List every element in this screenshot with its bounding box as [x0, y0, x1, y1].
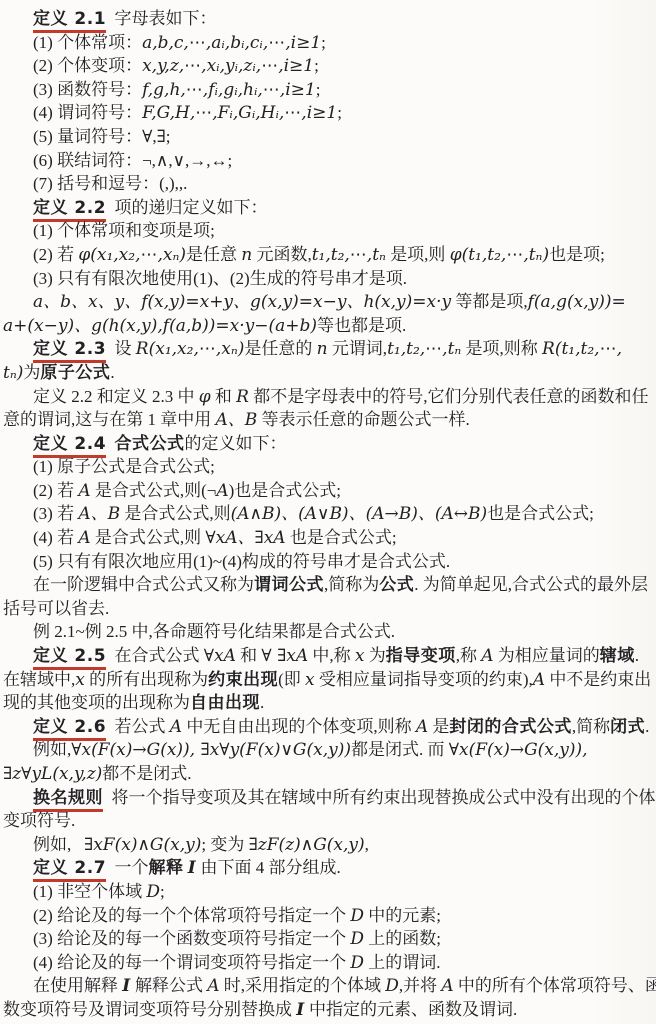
text-run: . — [635, 646, 639, 665]
definition-2-5-line-2: 在辖域中,x 的所有出现称为约束出现(即 x 受相应量词指导变项的约束),A 中… — [3, 668, 652, 692]
text-run: a+(x−y)、g(h(x,y),f(a,b))=x·y−(a+b) — [3, 316, 317, 336]
text-run: 是 — [428, 717, 449, 736]
alphabet-item-2: (2) 个体变项：x,y,z,⋯,xᵢ,yᵢ,zᵢ,⋯,i≥1; — [3, 54, 652, 78]
text-run: 上的函数; — [364, 929, 441, 948]
text-run: 为 — [365, 646, 386, 665]
text-run: 中的元素; — [364, 906, 441, 925]
text-run: . — [645, 717, 649, 736]
text-run: 元函数, — [252, 245, 312, 264]
text-run: ∀xA、∃xA — [205, 528, 285, 548]
closed-formula-example-line-2: ∃z∀yL(x,y,z)都不是闭式. — [3, 762, 652, 786]
text-run: 是合式公式,则 — [120, 504, 231, 523]
term-item-1: (1) 个体常项和变项是项; — [3, 219, 652, 243]
text-run: (2) 个体变项： — [33, 56, 142, 75]
interpretation-item-4: (4) 给论及的每一个谓词变项符号指定一个 D 上的谓词. — [3, 951, 652, 975]
text-run: ∃z∀yL(x,y,z) — [3, 764, 102, 784]
term-examples-line-1: a、b、x、y、f(x,y)=x+y、g(x,y)=x−y、h(x,y)=x·y… — [3, 290, 652, 314]
text-run: F,G,H,⋯,Fᵢ,Gᵢ,Hᵢ,⋯,i≥1 — [142, 103, 337, 123]
text-run: 在辖域中, — [3, 670, 75, 689]
text-run: ∀x(F(x)→G(x)), ∃x∀y(F(x)∨G(x,y)) — [71, 740, 351, 760]
text-run: A — [170, 717, 182, 737]
text-run: (4) 若 — [33, 528, 78, 547]
text-run: (2) 若 — [33, 245, 78, 264]
interpretation-item-3: (3) 给论及的每一个函数变项符号指定一个 D 上的函数; — [3, 927, 652, 951]
text-run: ,简称 — [572, 717, 610, 736]
wff-remark-line-2: 括号可以省去. — [3, 597, 652, 621]
definition-label: 定义 2.5 — [33, 646, 106, 670]
text-run: ∃zF(z)∧G(x,y) — [249, 835, 365, 855]
text-run: 数变项符号及谓词变项符号分别替换成 — [3, 1000, 296, 1019]
text-run: 变项符号. — [3, 811, 75, 830]
text-run: A — [441, 976, 453, 996]
definition-label: 定义 2.3 — [33, 339, 106, 363]
text-run: 是任意的 — [244, 339, 316, 358]
text-run: I — [188, 858, 196, 878]
remark-line-2: 意的谓词,这与在第 1 章中用 A、B 等表示任意的命题公式一样. — [3, 408, 652, 432]
text-run: 一个 — [106, 858, 149, 877]
text-run: , — [365, 835, 369, 854]
text-run: 受相应量词指导变项的约束), — [315, 670, 533, 689]
text-run: (1) 原子公式是合式公式; — [33, 457, 215, 476]
text-run: x,y,z,⋯,xᵢ,yᵢ,zᵢ,⋯,i≥1 — [142, 56, 314, 76]
text-run: A、B — [78, 504, 120, 524]
text-run: 中,称 — [308, 646, 355, 665]
renaming-rule-line-2: 变项符号. — [3, 809, 652, 833]
definition-2-1-heading: 定义 2.1 字母表如下： — [3, 7, 652, 31]
text-run: A — [216, 481, 228, 501]
text-run: ∃xF(x)∧G(x,y) — [84, 835, 201, 855]
wff-item-3: (3) 若 A、B 是合式公式,则(A∧B)、(A∨B)、(A→B)、(A↔B)… — [3, 502, 652, 526]
text-run: (1) 个体常项和变项是项; — [33, 221, 215, 240]
text-run: ∀ ∃xA — [261, 646, 308, 666]
text-run: 定义 2.2 和定义 2.3 中 — [33, 387, 199, 406]
text-run: 辖域 — [600, 646, 635, 666]
text-run: 闭式 — [610, 717, 645, 737]
text-run: x — [355, 646, 365, 666]
text-run: (1) 非空个体域 — [33, 882, 146, 901]
text-run: ; — [337, 103, 342, 122]
text-run: (5) 只有有限次地应用(1)~(4)构成的符号串才是合式公式. — [33, 552, 450, 571]
text-run: n — [317, 339, 328, 359]
text-run: ; — [316, 80, 321, 99]
text-run: A — [78, 481, 90, 501]
renaming-example: 例如, ∃xF(x)∧G(x,y); 变为 ∃zF(z)∧G(x,y), — [3, 833, 652, 857]
text-run: ,并将 — [399, 976, 442, 995]
text-run: R(t₁,t₂,⋯, — [542, 339, 622, 359]
text-run: 的定义如下： — [185, 434, 287, 453]
text-run: R(x₁,x₂,⋯,xₙ) — [136, 339, 245, 359]
text-run: 由下面 4 部分组成. — [196, 858, 341, 877]
text-run: 指导变项 — [386, 646, 456, 666]
text-run: 在合式公式 — [106, 646, 204, 665]
text-run: 也是合式公式; — [487, 504, 594, 523]
text-run: ∀xA — [204, 646, 236, 666]
text-run: 谓词公式 — [254, 575, 324, 595]
interpretation-item-1: (1) 非空个体域 D; — [3, 880, 652, 904]
wff-item-4: (4) 若 A 是合式公式,则 ∀xA、∃xA 也是合式公式; — [3, 526, 652, 550]
text-run: t₁,t₂,⋯,tₙ — [312, 245, 386, 265]
text-run: (5) 量词符号：∀,∃; — [33, 127, 171, 146]
text-run: 解释 — [149, 858, 184, 878]
text-run: 是任意 — [186, 245, 241, 264]
text-run: 和 — [211, 387, 237, 406]
text-run: (3) 只有有限次地使用(1)、(2)生成的符号串才是项. — [33, 269, 407, 288]
textbook-page: 定义 2.1 字母表如下：(1) 个体常项：a,b,c,⋯,aᵢ,bᵢ,cᵢ,⋯… — [0, 0, 656, 1024]
text-run: ∀x(F(x)→G(x,y)), — [449, 740, 588, 760]
document-body: 定义 2.1 字母表如下：(1) 个体常项：a,b,c,⋯,aᵢ,bᵢ,cᵢ,⋯… — [3, 7, 652, 1022]
text-run: tₙ) — [3, 363, 23, 383]
text-run: (3) 函数符号： — [33, 80, 142, 99]
interpretation-remark-line-1: 在使用解释 I 解释公式 A 时,采用指定的个体域 D,并将 A 中的所有个体常… — [3, 974, 652, 998]
text-run: D — [350, 929, 364, 949]
definition-label: 换名规则 — [33, 788, 103, 812]
text-run: (1) 个体常项： — [33, 33, 142, 52]
definition-2-4-heading: 定义 2.4 合式公式的定义如下： — [3, 432, 652, 456]
text-run: 是合式公式,则(¬ — [91, 481, 217, 500]
text-run: 等都是项, — [451, 292, 528, 311]
text-run: ,称 — [456, 646, 482, 665]
text-run: 原子公式 — [40, 363, 110, 383]
text-run: A — [207, 976, 219, 996]
text-run: (即 — [278, 670, 305, 689]
text-run: f(a,g(x,y))= — [528, 292, 626, 312]
example-remark: 例 2.1~例 2.5 中,各命题符号化结果都是合式公式. — [3, 620, 652, 644]
text-run: x — [75, 670, 85, 690]
definition-label: 定义 2.7 — [33, 858, 106, 882]
text-run: 都不是字母表中的符号,它们分别代表任意的函数和任 — [249, 387, 649, 406]
text-run: 中的所有个体常项符号、函 — [454, 976, 656, 995]
text-run: A — [481, 646, 493, 666]
text-run: 自由出现 — [190, 693, 260, 713]
text-run: ; — [314, 56, 319, 75]
text-run: 和 — [236, 646, 262, 665]
renaming-rule-line-1: 换名规则 将一个指导变项及其在辖域中所有约束出现替换成公式中没有出现的个体 — [3, 786, 652, 810]
definition-2-3-heading: 定义 2.3 设 R(x₁,x₂,⋯,xₙ)是任意的 n 元谓词,t₁,t₂,⋯… — [3, 337, 652, 361]
text-run: 公式 — [379, 575, 414, 595]
text-run: (2) 给论及的每一个个体常项符号指定一个 — [33, 906, 350, 925]
text-run: 是项,则 — [386, 245, 450, 264]
definition-label: 定义 2.2 — [33, 198, 106, 222]
text-run: 合式公式 — [115, 434, 185, 454]
interpretation-remark-line-2: 数变项符号及谓词变项符号分别替换成 I 中指定的元素、函数及谓词. — [3, 998, 652, 1022]
text-run: D — [146, 882, 160, 902]
text-run: φ(x₁,x₂,⋯,xₙ) — [78, 245, 186, 265]
text-run: . 为简单起见,合式公式的最外层 — [414, 575, 648, 594]
alphabet-item-4: (4) 谓词符号：F,G,H,⋯,Fᵢ,Gᵢ,Hᵢ,⋯,i≥1; — [3, 101, 652, 125]
definition-2-3-continuation: tₙ)为原子公式. — [3, 361, 652, 385]
text-run: 在使用解释 — [33, 976, 122, 995]
text-run: 是合式公式,则 — [91, 528, 206, 547]
text-run: 约束出现 — [208, 670, 278, 690]
text-run: 等也都是项. — [317, 316, 406, 335]
text-run: t₁,t₂,⋯,tₙ — [387, 339, 461, 359]
text-run: 都不是闭式. — [102, 764, 191, 783]
text-run: (2) 若 — [33, 481, 78, 500]
text-run: A — [533, 670, 545, 690]
text-run: ; — [321, 33, 326, 52]
definition-2-5-heading: 定义 2.5 在合式公式 ∀xA 和 ∀ ∃xA 中,称 x 为指导变项,称 A… — [3, 644, 652, 668]
text-run — [106, 434, 115, 453]
text-run: 项的递归定义如下： — [106, 198, 268, 217]
text-run: f,g,h,⋯,fᵢ,gᵢ,hᵢ,⋯,i≥1 — [142, 80, 316, 100]
text-run: 例如, — [33, 740, 71, 759]
text-run: 意的谓词,这与在第 1 章中用 — [3, 410, 216, 429]
definition-label: 定义 2.4 — [33, 434, 106, 458]
definition-label: 定义 2.6 — [33, 717, 106, 741]
text-run: . — [260, 693, 264, 712]
alphabet-item-7: (7) 括号和逗号：(,),,. — [3, 172, 652, 196]
text-run: 时,采用指定的个体域 — [219, 976, 385, 995]
text-run: 是项,则称 — [461, 339, 542, 358]
wff-item-1: (1) 原子公式是合式公式; — [3, 455, 652, 479]
remark-line-1: 定义 2.2 和定义 2.3 中 φ 和 R 都不是字母表中的符号,它们分别代表… — [3, 385, 652, 409]
definition-2-7-heading: 定义 2.7 一个解释 I 由下面 4 部分组成. — [3, 856, 652, 880]
definition-2-2-heading: 定义 2.2 项的递归定义如下： — [3, 196, 652, 220]
text-run: (7) 括号和逗号：(,),,. — [33, 174, 187, 193]
text-run: 中指定的元素、函数及谓词. — [305, 1000, 518, 1019]
text-run: 等表示任意的命题公式一样. — [257, 410, 470, 429]
text-run: (3) 若 — [33, 504, 78, 523]
text-run: x — [305, 670, 315, 690]
text-run: (A∧B)、(A∨B)、(A→B)、(A↔B) — [231, 504, 488, 524]
text-run: 为 — [23, 363, 40, 382]
text-run: (6) 联结词符：¬,∧,∨,→,↔; — [33, 151, 232, 170]
term-examples-line-2: a+(x−y)、g(h(x,y),f(a,b))=x·y−(a+b)等也都是项. — [3, 314, 652, 338]
text-run: a、b、x、y、f(x,y)=x+y、g(x,y)=x−y、h(x,y)=x·y — [33, 292, 451, 312]
text-run: 封闭的合式公式 — [449, 717, 572, 737]
text-run: 若公式 — [106, 717, 170, 736]
text-run: 现的其他变项的出现称为 — [3, 693, 190, 712]
text-run: A — [416, 717, 428, 737]
text-run: 上的谓词. — [364, 953, 441, 972]
text-run: 也是合式公式; — [286, 528, 397, 547]
text-run: 括号可以省去. — [3, 599, 109, 618]
term-item-3: (3) 只有有限次地使用(1)、(2)生成的符号串才是项. — [3, 267, 652, 291]
term-item-2: (2) 若 φ(x₁,x₂,⋯,xₙ)是任意 n 元函数,t₁,t₂,⋯,tₙ … — [3, 243, 652, 267]
text-run: 都是闭式. 而 — [351, 740, 449, 759]
text-run: 元谓词, — [328, 339, 388, 358]
text-run: 例 2.1~例 2.5 中,各命题符号化结果都是合式公式. — [33, 622, 395, 641]
text-run: n — [241, 245, 252, 265]
text-run: D — [350, 953, 364, 973]
text-run: D — [385, 976, 399, 996]
definition-2-6-heading: 定义 2.6 若公式 A 中无自由出现的个体变项,则称 A 是封闭的合式公式,简… — [3, 715, 652, 739]
alphabet-item-5: (5) 量词符号：∀,∃; — [3, 125, 652, 149]
text-run: 的所有出现称为 — [85, 670, 208, 689]
text-run: a,b,c,⋯,aᵢ,bᵢ,cᵢ,⋯,i≥1 — [142, 33, 321, 53]
alphabet-item-3: (3) 函数符号：f,g,h,⋯,fᵢ,gᵢ,hᵢ,⋯,i≥1; — [3, 78, 652, 102]
text-run: 中无自由出现的个体变项,则称 — [182, 717, 416, 736]
text-run: 设 — [106, 339, 136, 358]
interpretation-item-2: (2) 给论及的每一个个体常项符号指定一个 D 中的元素; — [3, 904, 652, 928]
text-run: ; 变为 — [201, 835, 248, 854]
text-run: (4) 给论及的每一个谓词变项符号指定一个 — [33, 953, 350, 972]
text-run: R — [236, 387, 249, 407]
wff-remark-line-1: 在一阶逻辑中合式公式又称为谓词公式,简称为公式. 为简单起见,合式公式的最外层 — [3, 573, 652, 597]
text-run: (3) 给论及的每一个函数变项符号指定一个 — [33, 929, 350, 948]
wff-item-5: (5) 只有有限次地应用(1)~(4)构成的符号串才是合式公式. — [3, 550, 652, 574]
text-run: ,简称为 — [324, 575, 379, 594]
text-run: 也是项; — [549, 245, 605, 264]
text-run: )也是合式公式; — [229, 481, 341, 500]
text-run: A — [78, 528, 90, 548]
text-run: 中不是约束出 — [545, 670, 651, 689]
definition-label: 定义 2.1 — [33, 9, 106, 33]
text-run: 在一阶逻辑中合式公式又称为 — [33, 575, 254, 594]
text-run: 为相应量词的 — [494, 646, 600, 665]
text-run: φ — [199, 387, 211, 407]
wff-item-2: (2) 若 A 是合式公式,则(¬A)也是合式公式; — [3, 479, 652, 503]
text-run: (4) 谓词符号： — [33, 103, 142, 122]
text-run: 字母表如下： — [106, 9, 217, 28]
text-run: . — [110, 363, 114, 382]
text-run: 将一个指导变项及其在辖域中所有约束出现替换成公式中没有出现的个体 — [103, 788, 656, 807]
alphabet-item-6: (6) 联结词符：¬,∧,∨,→,↔; — [3, 149, 652, 173]
text-run: A、B — [216, 410, 258, 430]
text-run: D — [350, 906, 364, 926]
text-run: I — [296, 1000, 304, 1020]
text-run: φ(t₁,t₂,⋯,tₙ) — [450, 245, 549, 265]
text-run: I — [122, 976, 130, 996]
text-run: 例如, — [33, 835, 84, 854]
definition-2-5-line-3: 现的其他变项的出现称为自由出现. — [3, 691, 652, 715]
text-run: 解释公式 — [131, 976, 208, 995]
alphabet-item-1: (1) 个体常项：a,b,c,⋯,aᵢ,bᵢ,cᵢ,⋯,i≥1; — [3, 31, 652, 55]
closed-formula-example-line-1: 例如,∀x(F(x)→G(x)), ∃x∀y(F(x)∨G(x,y))都是闭式.… — [3, 738, 652, 762]
text-run: ; — [160, 882, 165, 901]
